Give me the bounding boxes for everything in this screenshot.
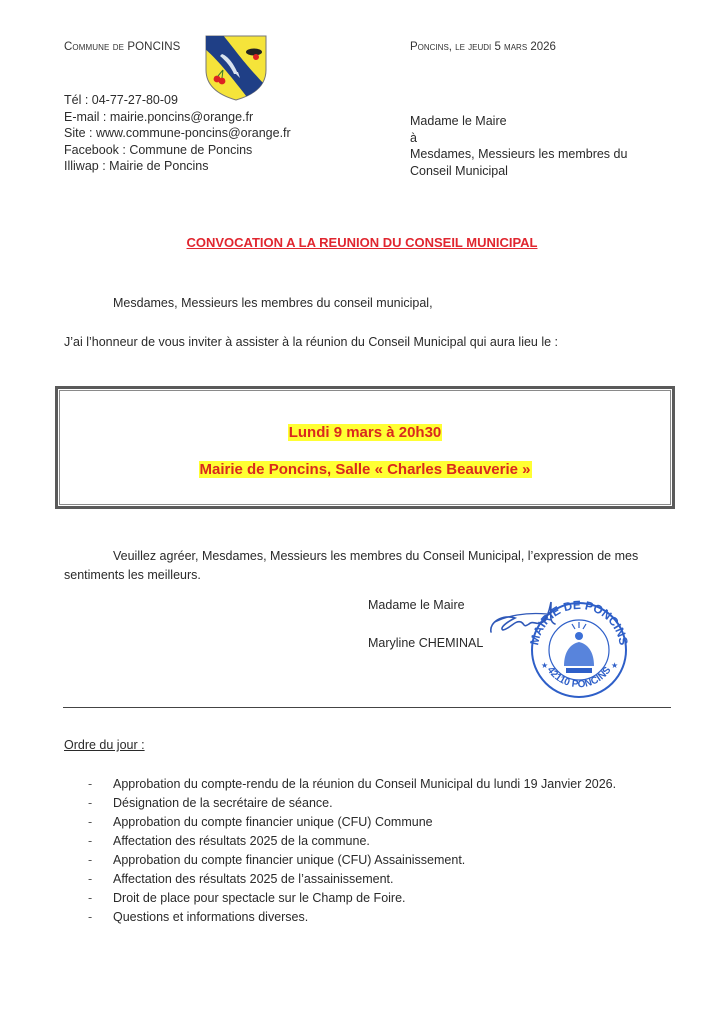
recipients-line-1: Mesdames, Messieurs les membres du (410, 146, 627, 163)
svg-text:★: ★ (541, 661, 548, 670)
svg-text:★: ★ (611, 661, 618, 670)
agenda-item: -Questions et informations diverses. (88, 908, 688, 927)
email-line: E-mail : mairie.poncins@orange.fr (64, 109, 291, 126)
dash-bullet-icon: - (88, 832, 92, 851)
handwritten-signature-icon (485, 592, 565, 642)
agenda-item: -Approbation du compte-rendu de la réuni… (88, 775, 688, 794)
date-line: Poncins, le jeudi 5 mars 2026 (410, 41, 556, 53)
agenda-item-text: Questions et informations diverses. (113, 910, 308, 924)
document-title: CONVOCATION A LA REUNION DU CONSEIL MUNI… (0, 235, 724, 250)
salutation: Mesdames, Messieurs les membres du conse… (113, 296, 433, 310)
recipients-line-2: Conseil Municipal (410, 163, 627, 180)
dash-bullet-icon: - (88, 813, 92, 832)
agenda-item: -Désignation de la secrétaire de séance. (88, 794, 688, 813)
meeting-location: Mairie de Poncins, Salle « Charles Beauv… (58, 461, 672, 478)
illiwap-line: Illiwap : Mairie de Poncins (64, 158, 291, 175)
dash-bullet-icon: - (88, 889, 92, 908)
agenda-item-text: Droit de place pour spectacle sur le Cha… (113, 891, 406, 905)
meeting-details-box: Lundi 9 mars à 20h30 Mairie de Poncins, … (55, 386, 675, 509)
dash-bullet-icon: - (88, 851, 92, 870)
intro-paragraph: J’ai l’honneur de vous inviter à assiste… (64, 335, 558, 349)
signer-title: Madame le Maire (368, 598, 465, 612)
agenda-item-text: Affectation des résultats 2025 de l’assa… (113, 872, 394, 886)
facebook-line: Facebook : Commune de Poncins (64, 142, 291, 159)
signer-name: Maryline CHEMINAL (368, 636, 483, 650)
agenda-item-text: Affectation des résultats 2025 de la com… (113, 834, 370, 848)
website-line: Site : www.commune-poncins@orange.fr (64, 125, 291, 142)
dash-bullet-icon: - (88, 775, 92, 794)
agenda-item-text: Approbation du compte financier unique (… (113, 815, 433, 829)
commune-name: Commune de PONCINS (64, 41, 180, 53)
to-line: à (410, 130, 627, 147)
dash-bullet-icon: - (88, 870, 92, 889)
agenda-item: -Approbation du compte financier unique … (88, 813, 688, 832)
agenda-item: -Affectation des résultats 2025 de la co… (88, 832, 688, 851)
meeting-datetime: Lundi 9 mars à 20h30 (58, 424, 672, 441)
agenda-list: -Approbation du compte-rendu de la réuni… (88, 775, 688, 927)
agenda-item: -Droit de place pour spectacle sur le Ch… (88, 889, 688, 908)
agenda-item-text: Désignation de la secrétaire de séance. (113, 796, 333, 810)
agenda-item-text: Approbation du compte financier unique (… (113, 853, 465, 867)
contact-block: Tél : 04-77-27-80-09 E-mail : mairie.pon… (64, 92, 291, 175)
phone-line: Tél : 04-77-27-80-09 (64, 92, 291, 109)
dash-bullet-icon: - (88, 908, 92, 927)
meeting-datetime-text: Lundi 9 mars à 20h30 (288, 424, 443, 441)
sender-line: Madame le Maire (410, 113, 627, 130)
agenda-heading: Ordre du jour : (64, 738, 145, 752)
recipient-block: Madame le Maire à Mesdames, Messieurs le… (410, 113, 627, 179)
agenda-item: -Approbation du compte financier unique … (88, 851, 688, 870)
closing-paragraph: Veuillez agréer, Mesdames, Messieurs les… (64, 547, 676, 585)
agenda-item-text: Approbation du compte-rendu de la réunio… (113, 777, 616, 791)
meeting-location-text: Mairie de Poncins, Salle « Charles Beauv… (199, 461, 532, 478)
dash-bullet-icon: - (88, 794, 92, 813)
section-divider (63, 707, 671, 708)
agenda-item: -Affectation des résultats 2025 de l’ass… (88, 870, 688, 889)
